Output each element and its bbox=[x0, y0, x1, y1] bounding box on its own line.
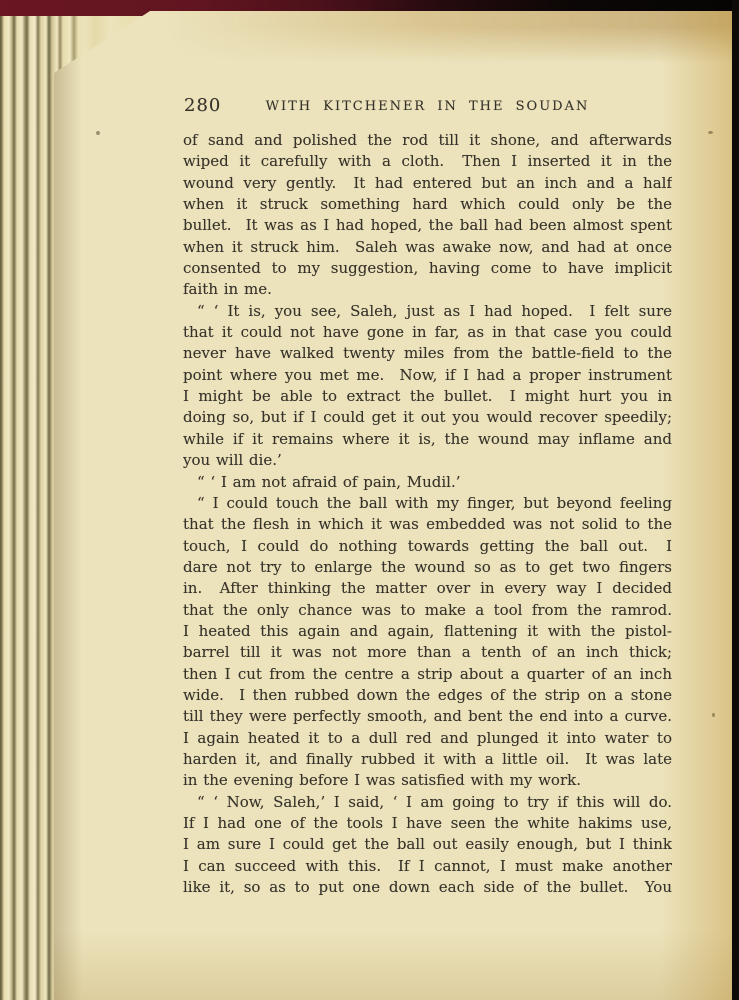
text-line: like it, so as to put one down each side… bbox=[183, 877, 672, 898]
text-line: barrel till it was not more than a tenth… bbox=[183, 642, 672, 663]
page-gutter-shading bbox=[54, 11, 82, 1000]
text-line: point where you met me. Now, if I had a … bbox=[183, 365, 672, 386]
page-bottom-shading bbox=[54, 930, 732, 1000]
text-line: I might be able to extract the bullet. I… bbox=[183, 386, 672, 407]
text-line: that the flesh in which it was embedded … bbox=[183, 514, 672, 535]
paragraph: “ ‘ It is, you see, Saleh, just as I had… bbox=[183, 301, 672, 472]
page-number: 280 bbox=[184, 95, 221, 116]
text-line: touch, I could do nothing towards gettin… bbox=[183, 536, 672, 557]
text-line: I heated this again and again, flattenin… bbox=[183, 621, 672, 642]
text-line: “ I could touch the ball with my finger,… bbox=[183, 493, 672, 514]
paragraph: “ I could touch the ball with my finger,… bbox=[183, 493, 672, 792]
text-line: when it struck him. Saleh was awake now,… bbox=[183, 237, 672, 258]
text-line: consented to my suggestion, having come … bbox=[183, 258, 672, 279]
text-line: you will die.’ bbox=[183, 450, 672, 471]
text-line: faith in me. bbox=[183, 279, 672, 300]
paper-speck bbox=[708, 131, 713, 134]
text-line: of sand and polished the rod till it sho… bbox=[183, 130, 672, 151]
text-line: doing so, but if I could get it out you … bbox=[183, 407, 672, 428]
paper-speck bbox=[96, 131, 100, 135]
text-line: in the evening before I was satisfied wi… bbox=[183, 770, 672, 791]
text-line: I again heated it to a dull red and plun… bbox=[183, 728, 672, 749]
text-line: I can succeed with this. If I cannot, I … bbox=[183, 856, 672, 877]
book-edge-right-shadow bbox=[732, 0, 739, 1000]
text-line: If I had one of the tools I have seen th… bbox=[183, 813, 672, 834]
book-photo: 280 WITH KITCHENER IN THE SOUDAN of sand… bbox=[0, 0, 739, 1000]
text-line: wiped it carefully with a cloth. Then I … bbox=[183, 151, 672, 172]
text-line: that it could not have gone in far, as i… bbox=[183, 322, 672, 343]
page-top-shading bbox=[54, 11, 732, 63]
text-line: while if it remains where it is, the wou… bbox=[183, 429, 672, 450]
text-line: bullet. It was as I had hoped, the ball … bbox=[183, 215, 672, 236]
paragraph: “ ‘ I am not afraid of pain, Mudil.’ bbox=[183, 472, 672, 493]
text-line: dare not try to enlarge the wound so as … bbox=[183, 557, 672, 578]
text-line: harden it, and finally rubbed it with a … bbox=[183, 749, 672, 770]
text-line: wide. I then rubbed down the edges of th… bbox=[183, 685, 672, 706]
page-header: 280 WITH KITCHENER IN THE SOUDAN bbox=[183, 97, 672, 117]
text-line: “ ‘ I am not afraid of pain, Mudil.’ bbox=[183, 472, 672, 493]
text-line: never have walked twenty miles from the … bbox=[183, 343, 672, 364]
text-line: till they were perfectly smooth, and ben… bbox=[183, 706, 672, 727]
text-line: “ ‘ It is, you see, Saleh, just as I had… bbox=[183, 301, 672, 322]
paragraph: of sand and polished the rod till it sho… bbox=[183, 130, 672, 301]
text-block: of sand and polished the rod till it sho… bbox=[183, 130, 672, 898]
text-column: 280 WITH KITCHENER IN THE SOUDAN of sand… bbox=[183, 97, 672, 898]
running-title: WITH KITCHENER IN THE SOUDAN bbox=[183, 97, 672, 114]
paragraph: “ ‘ Now, Saleh,’ I said, ‘ I am going to… bbox=[183, 792, 672, 899]
text-line: that the only chance was to make a tool … bbox=[183, 600, 672, 621]
text-line: wound very gently. It had entered but an… bbox=[183, 173, 672, 194]
text-line: “ ‘ Now, Saleh,’ I said, ‘ I am going to… bbox=[183, 792, 672, 813]
text-line: in. After thinking the matter over in ev… bbox=[183, 578, 672, 599]
text-line: I am sure I could get the ball out easil… bbox=[183, 834, 672, 855]
text-line: then I cut from the centre a strip about… bbox=[183, 664, 672, 685]
text-line: when it struck something hard which coul… bbox=[183, 194, 672, 215]
book-page: 280 WITH KITCHENER IN THE SOUDAN of sand… bbox=[54, 11, 732, 1000]
paper-speck bbox=[712, 713, 715, 717]
